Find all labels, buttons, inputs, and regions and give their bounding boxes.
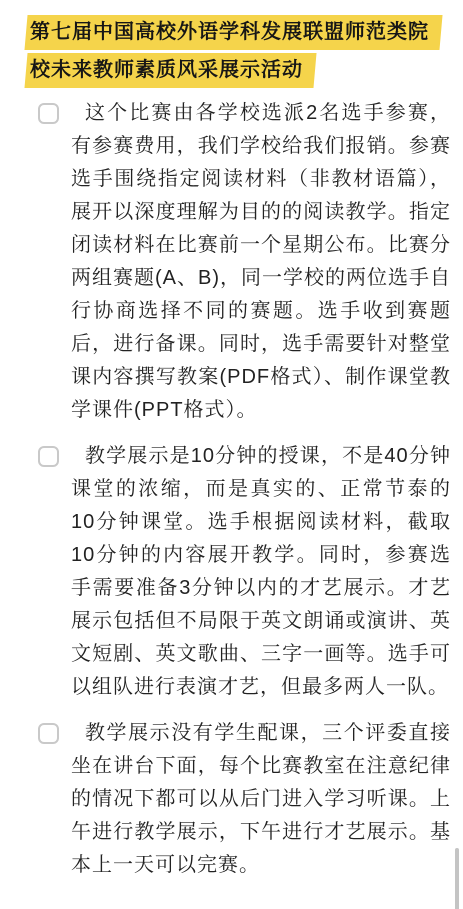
checklist: 这个比赛由各学校选派2名选手参赛，有参赛费用，我们学校给我们报销。参赛选手围绕指… [28, 97, 463, 882]
checklist-item-text: 教学展示是10分钟的授课，不是40分钟课堂的浓缩，而是真实的、正常节泰的10分钟… [71, 440, 451, 704]
title-text-line-2: 校未来教师素质风采展示活动 [30, 59, 303, 81]
checkbox-unchecked-icon[interactable] [38, 446, 59, 467]
title-highlight-line-1: 第七届中国高校外语学科发展联盟师范类院 [28, 13, 435, 51]
title-highlight-line-2: 校未来教师素质风采展示活动 [28, 51, 309, 89]
checklist-item: 这个比赛由各学校选派2名选手参赛，有参赛费用，我们学校给我们报销。参赛选手围绕指… [28, 97, 463, 427]
checklist-item: 教学展示是10分钟的授课，不是40分钟课堂的浓缩，而是真实的、正常节泰的10分钟… [28, 440, 463, 704]
title-text-line-1: 第七届中国高校外语学科发展联盟师范类院 [30, 21, 429, 43]
checkbox-unchecked-icon[interactable] [38, 103, 59, 124]
checklist-item-text: 这个比赛由各学校选派2名选手参赛，有参赛费用，我们学校给我们报销。参赛选手围绕指… [71, 97, 451, 427]
checklist-item-text: 教学展示没有学生配课，三个评委直接坐在讲台下面，每个比赛教室在注意纪律的情况下都… [71, 717, 451, 882]
checklist-item: 教学展示没有学生配课，三个评委直接坐在讲台下面，每个比赛教室在注意纪律的情况下都… [28, 717, 463, 882]
checkbox-unchecked-icon[interactable] [38, 723, 59, 744]
notes-page: 第七届中国高校外语学科发展联盟师范类院 校未来教师素质风采展示活动 这个比赛由各… [0, 0, 463, 909]
document-title: 第七届中国高校外语学科发展联盟师范类院 校未来教师素质风采展示活动 [28, 13, 463, 89]
scrollbar-thumb[interactable] [455, 848, 459, 909]
